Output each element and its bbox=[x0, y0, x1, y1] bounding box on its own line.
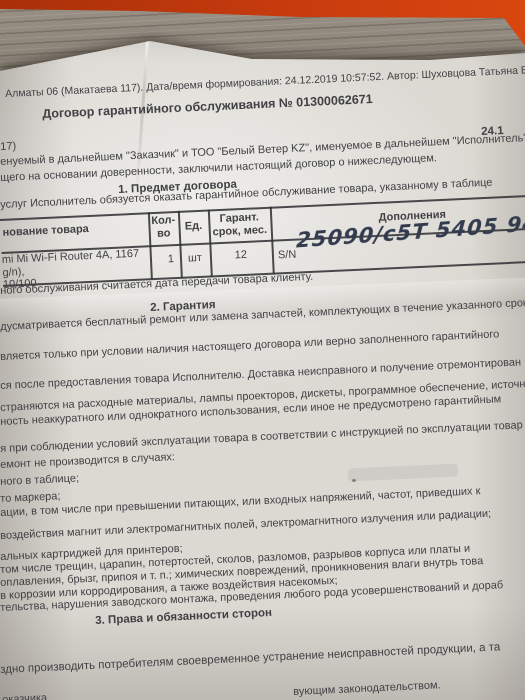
paper-sheet-wrap: Алматы 06 (Макатаева 117). Дата/время фо… bbox=[0, 0, 525, 700]
section2-line: вляется только при условии наличия насто… bbox=[0, 328, 499, 363]
product-name-line: g/n), bbox=[2, 266, 25, 279]
table-header-qty: Кол- bbox=[148, 214, 179, 227]
section2-line: ного в таблице; bbox=[0, 472, 79, 488]
table-header-qty: во bbox=[149, 227, 180, 240]
section2-line: я при соблюдении условий эксплуатации то… bbox=[0, 419, 523, 455]
section3-heading: 3. Права и обязанности сторон bbox=[95, 607, 272, 627]
cell-unit: шт bbox=[180, 252, 211, 265]
section2-line: емонт не производится в случаях: bbox=[0, 451, 175, 471]
doc-title: Договор гарантийного обслуживания № 0130… bbox=[42, 93, 373, 120]
sn-label: S/N bbox=[278, 249, 297, 262]
document-text-layer: Алматы 06 (Макатаева 117). Дата/время фо… bbox=[0, 0, 525, 700]
cell-warranty-months: 12 bbox=[210, 248, 272, 263]
section3-line: здно производить потребителям своевремен… bbox=[0, 641, 500, 676]
section2-line: то маркера; bbox=[0, 490, 61, 505]
cell-qty: 1 bbox=[152, 253, 175, 266]
section3-line: оказчика bbox=[2, 692, 47, 700]
section3-line: вующим законодательством. bbox=[293, 679, 441, 698]
table-header-unit: Ед. bbox=[178, 220, 209, 233]
section2-line: дусматривается бесплатный ремонт или зам… bbox=[0, 297, 525, 333]
doc-meta-line: Алматы 06 (Макатаева 117). Дата/время фо… bbox=[5, 63, 525, 100]
table-header-warranty: срок, мес. bbox=[209, 224, 271, 239]
doc-left-fragment: 17) bbox=[0, 140, 16, 153]
photo-of-warranty-contract: Алматы 06 (Макатаева 117). Дата/время фо… bbox=[0, 0, 525, 700]
paper-sheet: Алматы 06 (Макатаева 117). Дата/время фо… bbox=[0, 0, 525, 700]
table-header-name: нование товара bbox=[2, 223, 89, 239]
